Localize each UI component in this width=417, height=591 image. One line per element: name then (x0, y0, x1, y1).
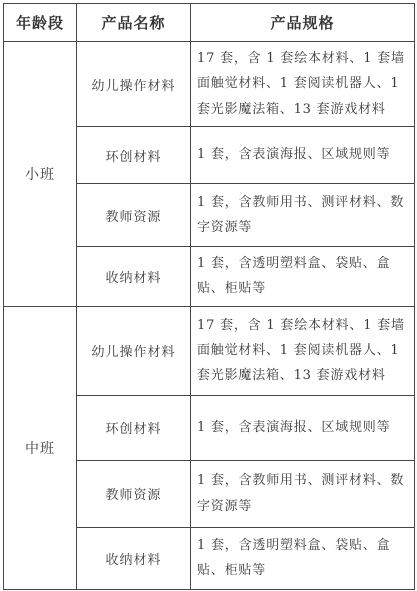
product-spec: 1 套，含表演海报、区域规则等 (191, 395, 415, 460)
header-name: 产品名称 (77, 4, 191, 42)
product-name: 环创材料 (77, 127, 191, 184)
header-row: 年龄段 产品名称 产品规格 (4, 4, 415, 42)
product-name: 幼儿操作材料 (77, 42, 191, 127)
product-name: 收纳材料 (77, 527, 191, 589)
product-name: 幼儿操作材料 (77, 306, 191, 395)
product-spec: 1 套，含教师用书、测评材料、数字资源等 (191, 460, 415, 527)
product-name: 教师资源 (77, 460, 191, 527)
product-spec: 1 套，含透明塑料盒、袋贴、盒贴、柜贴等 (191, 247, 415, 307)
table-row: 中班 幼儿操作材料 17 套，含 1 套绘本材料、1 套墙面触觉材料、1 套阅读… (4, 306, 415, 395)
header-spec: 产品规格 (191, 4, 415, 42)
age-group-label: 中班 (4, 306, 77, 589)
table-row: 小班 幼儿操作材料 17 套，含 1 套绘本材料、1 套墙面触觉材料、1 套阅读… (4, 42, 415, 127)
product-spec: 17 套，含 1 套绘本材料、1 套墙面触觉材料、1 套阅读机器人、1 套光影魔… (191, 306, 415, 395)
product-name: 教师资源 (77, 184, 191, 247)
product-spec: 1 套，含表演海报、区域规则等 (191, 127, 415, 184)
header-age: 年龄段 (4, 4, 77, 42)
product-spec: 1 套，含教师用书、测评材料、数字资源等 (191, 184, 415, 247)
age-group-label: 小班 (4, 42, 77, 307)
product-name: 收纳材料 (77, 247, 191, 307)
product-spec: 17 套，含 1 套绘本材料、1 套墙面触觉材料、1 套阅读机器人、1 套光影魔… (191, 42, 415, 127)
product-spec-table: 年龄段 产品名称 产品规格 小班 幼儿操作材料 17 套，含 1 套绘本材料、1… (3, 3, 415, 590)
product-name: 环创材料 (77, 395, 191, 460)
product-spec: 1 套，含透明塑料盒、袋贴、盒贴、柜贴等 (191, 527, 415, 589)
